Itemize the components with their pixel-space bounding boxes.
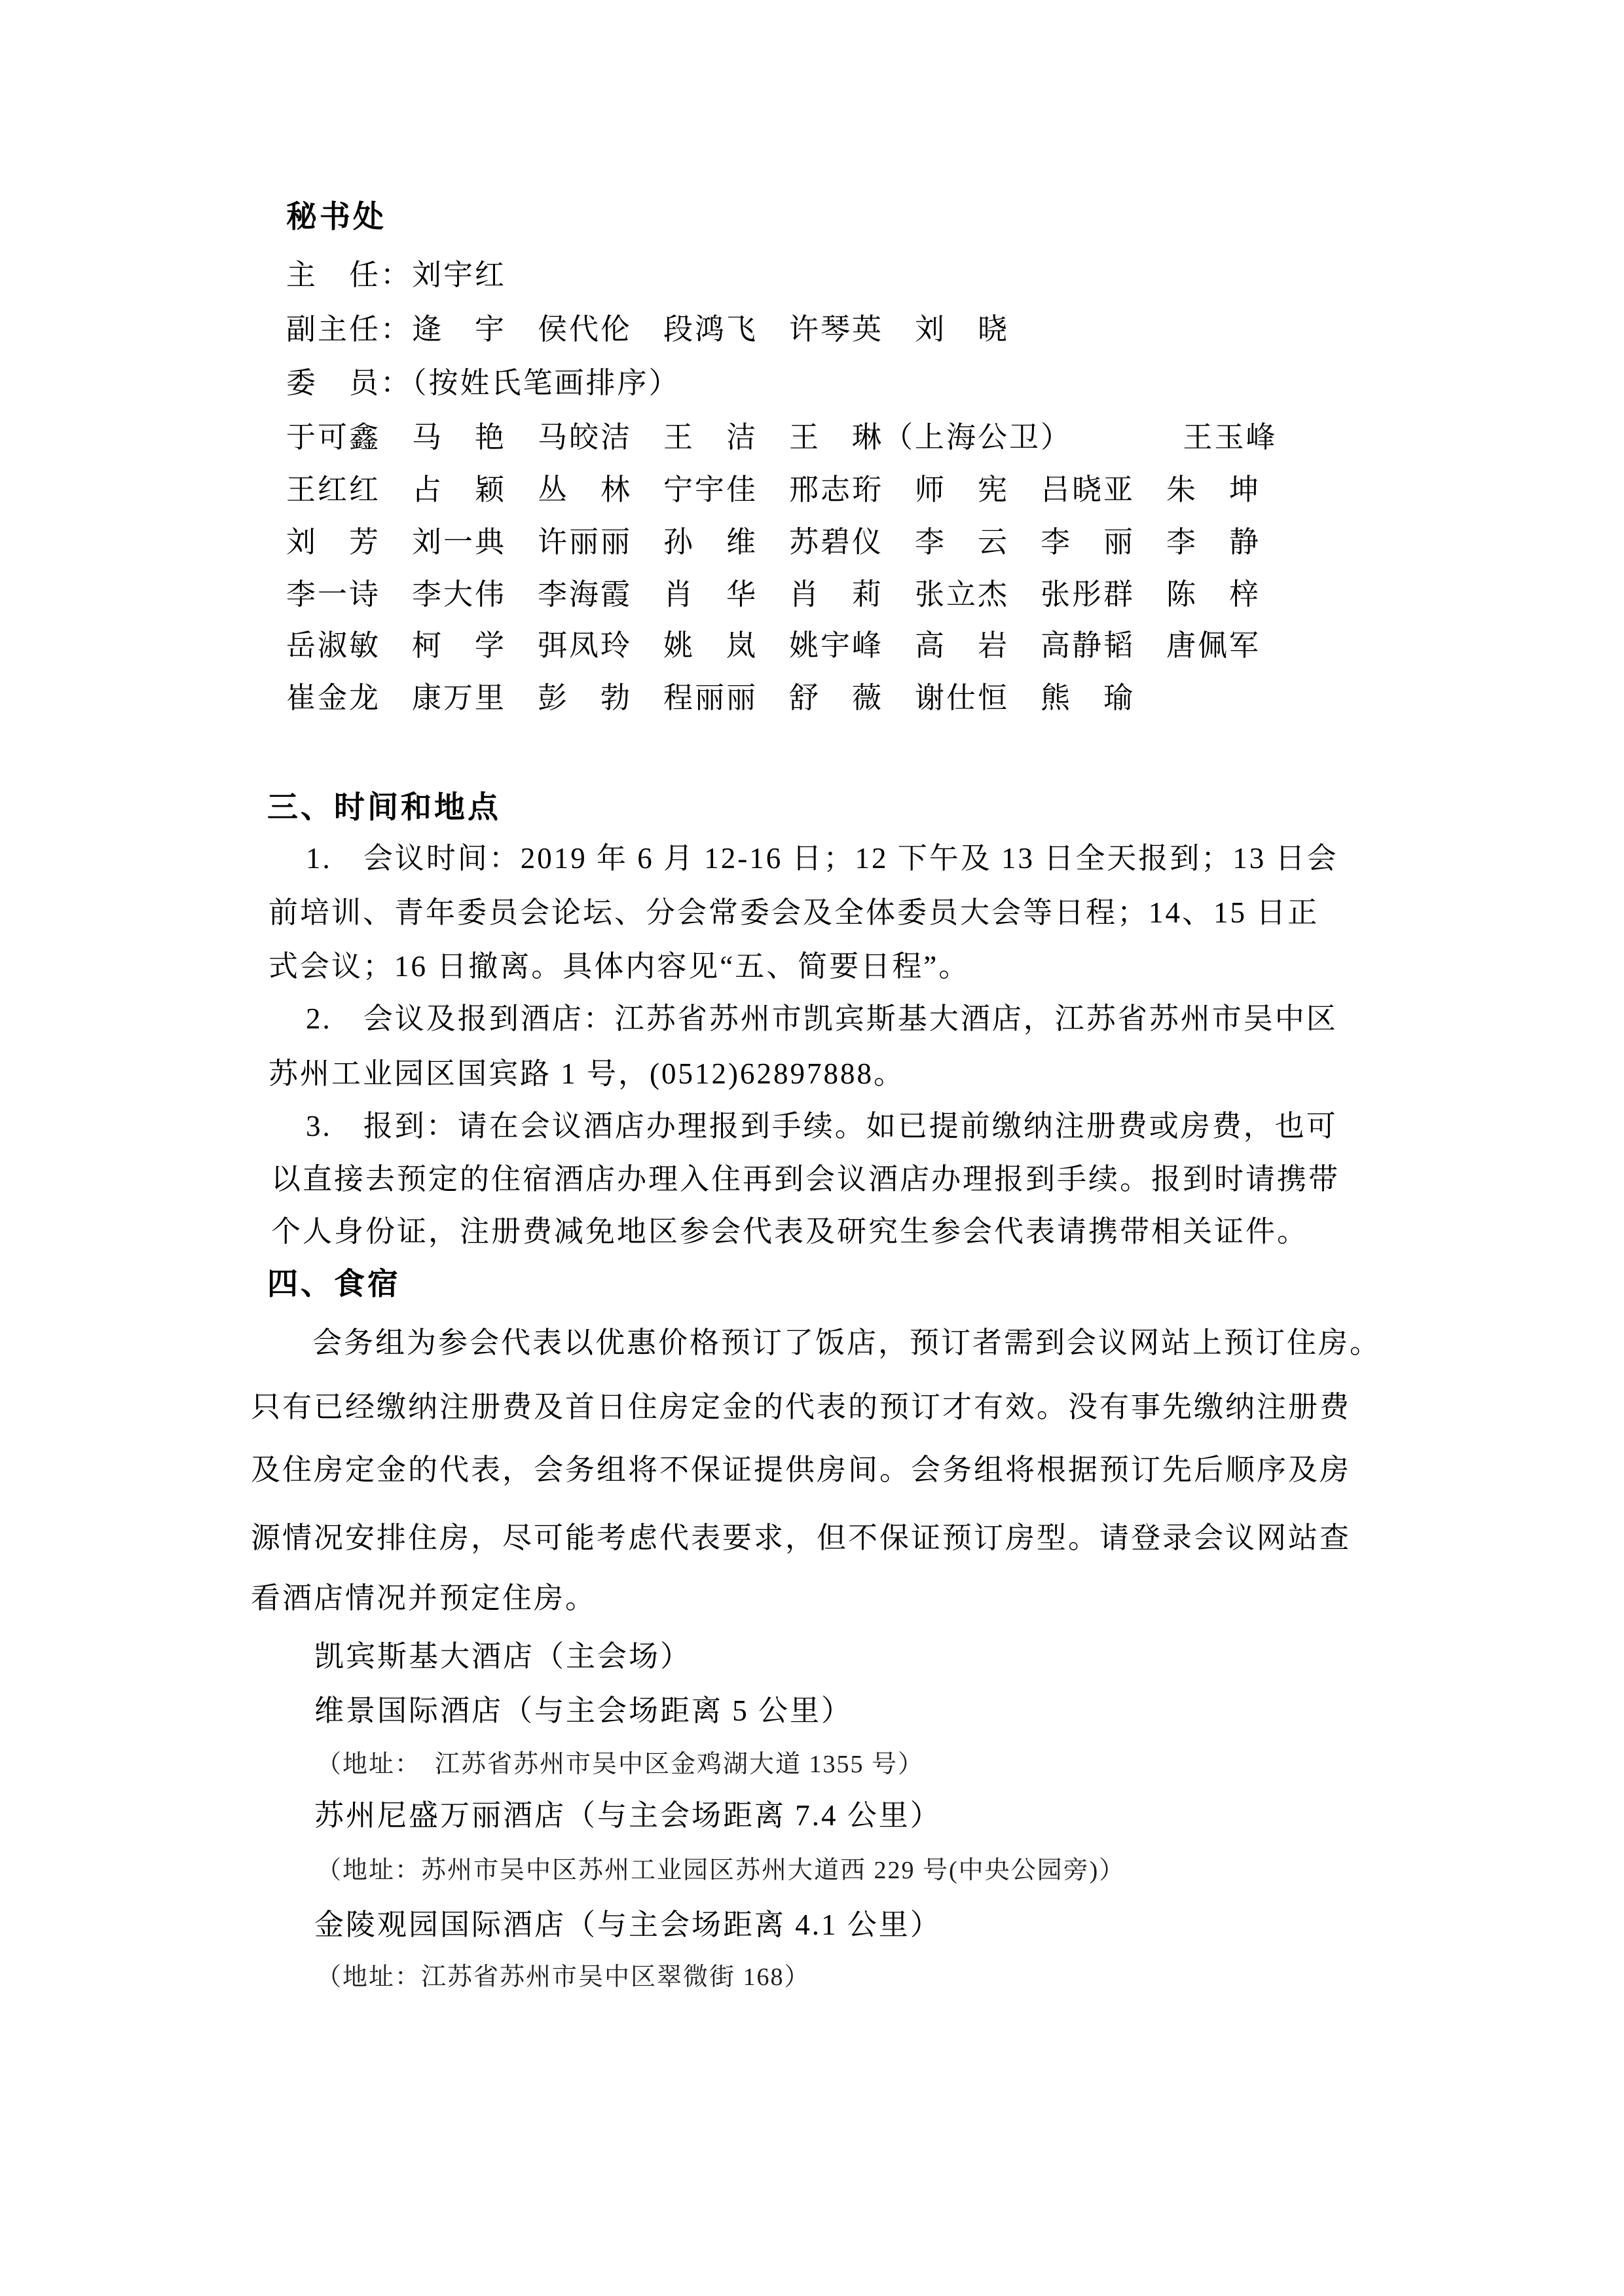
- hotel-address: （地址： 江苏省苏州市吴中区金鸡湖大道 1355 号）: [316, 1751, 924, 1779]
- paragraph-line: 看酒店情况并预定住房。: [251, 1582, 597, 1616]
- paragraph-line: 式会议；16 日撤离。具体内容见“五、简要日程”。: [268, 950, 970, 984]
- paragraph-line: 个人身份证，注册费减免地区参会代表及研究生参会代表请携带相关证件。: [271, 1215, 1308, 1249]
- paragraph-line: 2. 会议及报到酒店：江苏省苏州市凯宾斯基大酒店，江苏省苏州市吴中区: [306, 1002, 1338, 1036]
- hotel-name: 金陵观园国际酒店（与主会场距离 4.1 公里）: [314, 1908, 942, 1942]
- paragraph-line: 源情况安排住房，尽可能考虑代表要求，但不保证预订房型。请登录会议网站查: [251, 1522, 1351, 1556]
- member-row: 于可鑫 马 艳 马皎洁 王 洁 王 琳（上海公卫） 王玉峰: [286, 421, 1278, 455]
- section-heading-accommodation: 四、食宿: [267, 1267, 401, 1302]
- members-label-line: 委 员：（按姓氏笔画排序）: [286, 367, 680, 401]
- paragraph-line: 3. 报到：请在会议酒店办理报到手续。如已提前缴纳注册费或房费，也可: [306, 1110, 1338, 1144]
- hotel-name: 凯宾斯基大酒店（主会场）: [314, 1640, 692, 1674]
- director-line: 主 任：刘宇红: [286, 259, 506, 293]
- hotel-name: 维景国际酒店（与主会场距离 5 公里）: [314, 1694, 853, 1728]
- paragraph-line: 以直接去预定的住宿酒店办理入住再到会议酒店办理报到手续。报到时请携带: [271, 1163, 1340, 1197]
- paragraph-line: 及住房定金的代表，会务组将不保证提供房间。会务组将根据预订先后顺序及房: [251, 1453, 1351, 1487]
- hotel-address: （地址：苏州市吴中区苏州工业园区苏州大道西 229 号(中央公园旁)）: [316, 1857, 1125, 1886]
- paragraph-line: 只有已经缴纳注册费及首日住房定金的代表的预订才有效。没有事先缴纳注册费: [251, 1391, 1351, 1425]
- deputy-directors-line: 副主任：逄 宇 侯代伦 段鸿飞 许琴英 刘 晓: [286, 313, 1009, 347]
- member-row: 王红红 占 颖 丛 林 宁宇佳 邢志珩 师 宪 吕晓亚 朱 坤: [286, 473, 1261, 507]
- member-row: 刘 芳 刘一典 许丽丽 孙 维 苏碧仪 李 云 李 丽 李 静: [286, 526, 1261, 560]
- member-row: 李一诗 李大伟 李海霞 肖 华 肖 莉 张立杰 张彤群 陈 梓: [286, 578, 1261, 612]
- hotel-address: （地址：江苏省苏州市吴中区翠微街 168）: [316, 1963, 811, 1992]
- paragraph-line: 苏州工业园区国宾路 1 号，(0512)62897888。: [268, 1057, 905, 1091]
- paragraph-line: 会务组为参会代表以优惠价格预订了饭店，预订者需到会议网站上预订住房。: [312, 1326, 1381, 1360]
- paragraph-line: 1. 会议时间：2019 年 6 月 12-16 日；12 下午及 13 日全天…: [306, 842, 1338, 876]
- section-heading-time-place: 三、时间和地点: [267, 790, 501, 826]
- member-row: 岳淑敏 柯 学 弭凤玲 姚 岚 姚宇峰 高 岩 高静韬 唐佩军: [286, 629, 1261, 663]
- member-row: 崔金龙 康万里 彭 勃 程丽丽 舒 薇 谢仕恒 熊 瑜: [286, 682, 1135, 716]
- document-page: 秘书处 主 任：刘宇红 副主任：逄 宇 侯代伦 段鸿飞 许琴英 刘 晓 委 员：…: [0, 0, 1624, 2296]
- paragraph-line: 前培训、青年委员会论坛、分会常委会及全体委员大会等日程；14、15 日正: [268, 896, 1319, 930]
- hotel-name: 苏州尼盛万丽酒店（与主会场距离 7.4 公里）: [314, 1799, 942, 1833]
- secretariat-heading: 秘书处: [286, 200, 386, 235]
